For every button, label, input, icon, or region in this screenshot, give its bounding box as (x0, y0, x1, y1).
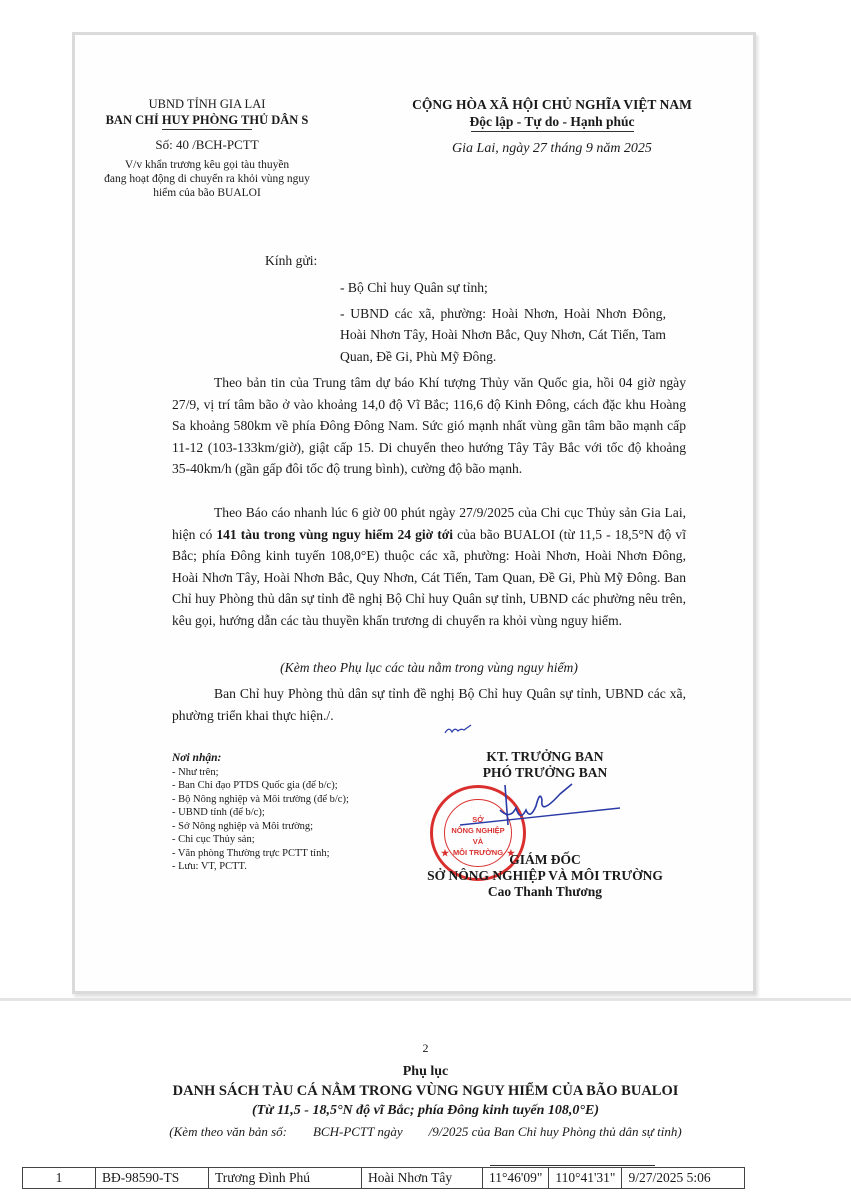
cell-commune: Hoài Nhơn Tây (362, 1168, 483, 1189)
signer-name: Cao Thanh Thương (395, 884, 695, 900)
issuer-org-name: BAN CHỈ HUY PHÒNG THỦ DÂN S (92, 112, 322, 128)
page-separator (0, 998, 851, 1001)
motto-underline (471, 131, 634, 132)
appendix-subtitle: DANH SÁCH TÀU CÁ NẰM TRONG VÙNG NGUY HIỂ… (0, 1083, 851, 1100)
national-title: CỘNG HÒA XÃ HỘI CHỦ NGHĨA VIỆT NAM (402, 96, 702, 113)
cell-timestamp: 9/27/2025 5:06 (622, 1168, 745, 1189)
table-top-line (490, 1165, 655, 1166)
appendix-range: (Từ 11,5 - 18,5°N độ vĩ Bắc; phía Đông k… (0, 1103, 851, 1119)
signature-scribble-icon (450, 780, 630, 840)
doc-subject: V/v khẩn trương kêu gọi tàu thuyền đang … (92, 158, 322, 200)
issuer-underline (162, 129, 252, 130)
signer-block: GIÁM ĐỐC SỞ NÔNG NGHIỆP VÀ MÔI TRƯỜNG Ca… (395, 852, 695, 900)
cell-vessel-id: BĐ-98590-TS (96, 1168, 209, 1189)
national-header: CỘNG HÒA XÃ HỘI CHỦ NGHĨA VIỆT NAM Độc l… (402, 96, 702, 157)
attachment-note: (Kèm theo Phụ lục các tàu nằm trong vùng… (172, 657, 686, 679)
signature-title: KT. TRƯỞNG BAN PHÓ TRƯỞNG BAN (395, 749, 695, 781)
place-date: Gia Lai, ngày 27 tháng 9 năm 2025 (402, 140, 702, 157)
vessel-table: 1 BĐ-98590-TS Trương Đình Phú Hoài Nhơn … (22, 1167, 745, 1189)
cell-index: 1 (23, 1168, 96, 1189)
doc-number: Số: 40 /BCH-PCTT (92, 137, 322, 153)
addressee-list: - Bộ Chỉ huy Quân sự tỉnh; - UBND các xã… (340, 277, 666, 367)
paragraph-request: Ban Chỉ huy Phòng thủ dân sự tỉnh đề ngh… (172, 683, 686, 726)
page-number: 2 (0, 1041, 851, 1056)
addressee-label: Kính gửi: (265, 250, 317, 272)
paragraph-report: Theo Báo cáo nhanh lúc 6 giờ 00 phút ngà… (172, 502, 686, 631)
cell-owner: Trương Đình Phú (209, 1168, 362, 1189)
appendix-title: Phụ lục (0, 1064, 851, 1080)
issuer-parent-org: UBND TỈNH GIA LAI (92, 96, 322, 112)
cell-longitude: 110°41'31" (549, 1168, 622, 1189)
initial-mark-icon (443, 722, 473, 736)
national-motto: Độc lập - Tự do - Hạnh phúc (402, 113, 702, 130)
doc-number-value: 40 (176, 137, 189, 152)
signer-department: SỞ NÔNG NGHIỆP VÀ MÔI TRƯỜNG (395, 868, 695, 884)
addressee-item: - UBND các xã, phường: Hoài Nhơn, Hoài N… (340, 303, 666, 368)
addressee-item: - Bộ Chỉ huy Quân sự tỉnh; (340, 277, 666, 299)
cell-latitude: 11°46'09" (483, 1168, 549, 1189)
paragraph-forecast: Theo bản tin của Trung tâm dự báo Khí tư… (172, 372, 686, 480)
appendix-attach-note: (Kèm theo văn bản số: BCH-PCTT ngày /9/2… (0, 1124, 851, 1140)
vessel-count-highlight: 141 tàu trong vùng nguy hiểm 24 giờ tới (216, 527, 453, 542)
signer-position: GIÁM ĐỐC (395, 852, 695, 868)
issuer-block: UBND TỈNH GIA LAI BAN CHỈ HUY PHÒNG THỦ … (92, 96, 322, 200)
table-row: 1 BĐ-98590-TS Trương Đình Phú Hoài Nhơn … (23, 1168, 745, 1189)
